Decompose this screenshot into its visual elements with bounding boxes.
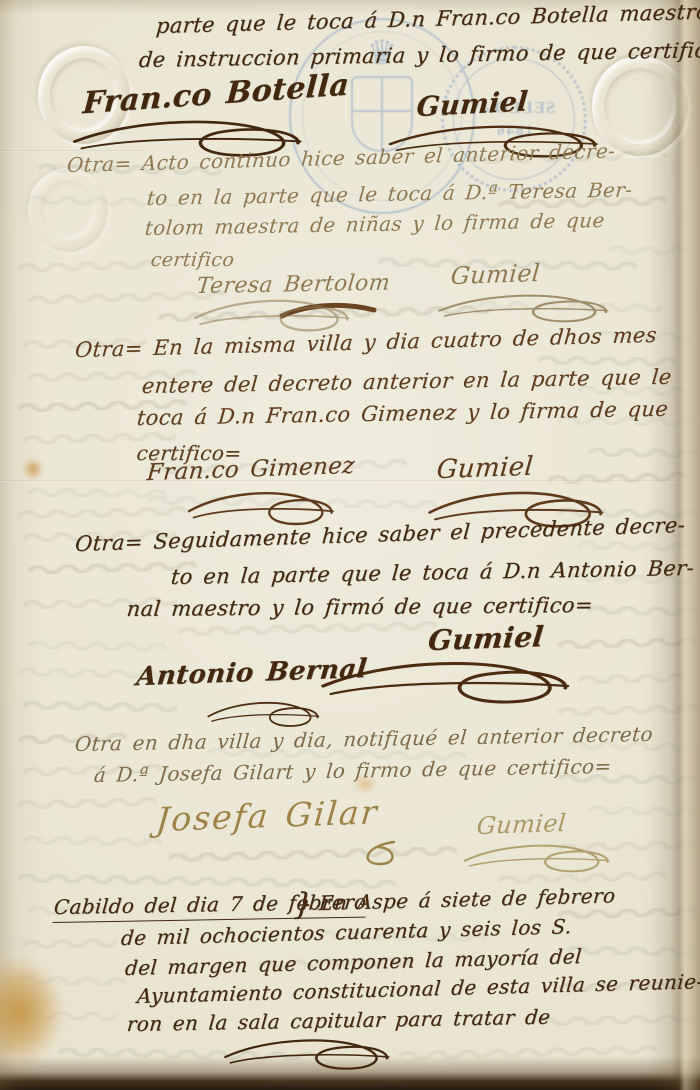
manuscript-line: nal maestro y lo firmó de que certifico= xyxy=(126,593,594,621)
manuscript-line: certifico xyxy=(150,249,236,271)
manuscript-page: ♛ SELLO 4º 1846 parte que le toca á D.n … xyxy=(0,0,700,1090)
rubric-flourish-gumiel-2 xyxy=(436,288,611,328)
embossed-seal-faint xyxy=(28,168,108,252)
rubric-loop-josefa xyxy=(352,838,404,868)
signature-gumiel-3: Gumiel xyxy=(435,452,534,485)
page-edge-right xyxy=(650,0,700,1090)
signature-gumiel-5: Gumiel xyxy=(476,809,568,840)
brace-glyph: } xyxy=(293,887,315,922)
signature-gumiel-2: Gumiel xyxy=(450,259,542,290)
stain-spot-left xyxy=(22,458,44,480)
rubric-flourish-bernal xyxy=(206,696,321,732)
rubric-flourish-gumiel-5 xyxy=(462,838,612,878)
crease-middle xyxy=(0,480,700,482)
signature-josefa: Josefa Gilar xyxy=(155,792,381,839)
rubric-flourish-bottom xyxy=(222,1032,392,1076)
